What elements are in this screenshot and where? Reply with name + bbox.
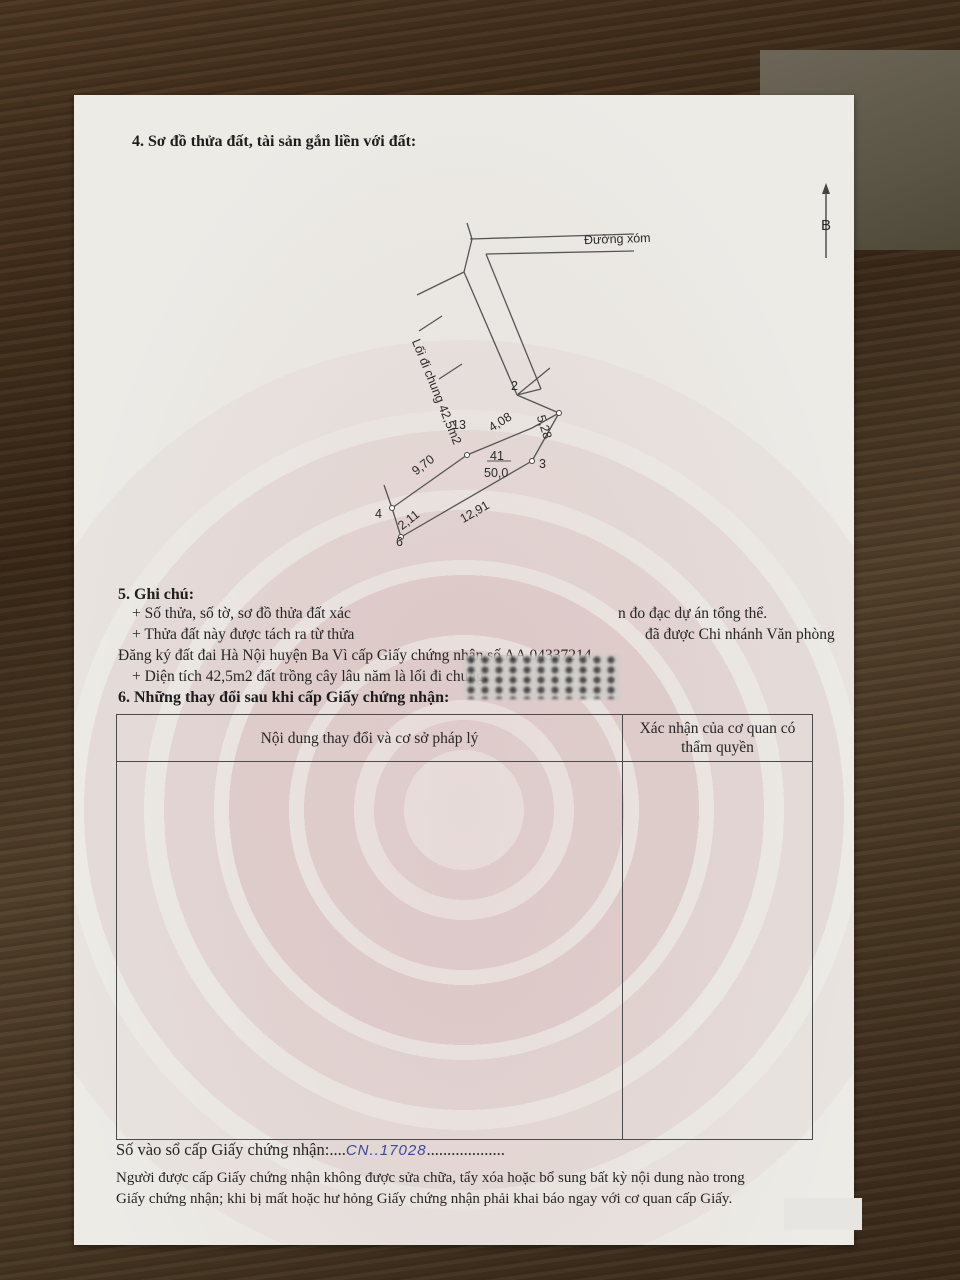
land-plot-diagram <box>74 95 854 575</box>
registry-dots: ................... <box>427 1140 505 1159</box>
content-cell <box>117 762 623 1140</box>
table-row <box>117 762 813 1140</box>
vertex-label-2: 2 <box>511 379 518 393</box>
parcel-number: 41 <box>490 449 504 463</box>
note-line-2a: + Thửa đất này được tách ra từ thửa <box>132 626 354 644</box>
section-5-title: 5. Ghi chú: <box>118 586 194 604</box>
certificate-page: 4. Sơ đồ thửa đất, tài sản gắn liền với … <box>74 95 854 1245</box>
vertex-label-4: 4 <box>375 507 382 521</box>
changes-table: Nội dung thay đổi và cơ sở pháp lý Xác n… <box>116 714 813 1140</box>
north-label: B <box>821 217 831 234</box>
road-label: Đường xóm <box>584 231 651 247</box>
vertex-label-13: 13 <box>452 418 466 432</box>
column-header-content: Nội dung thay đổi và cơ sở pháp lý <box>117 715 623 762</box>
note-line-4: + Diện tích 42,5m2 đất trồng cây lâu năm… <box>132 668 488 686</box>
vertex-label-6: 6 <box>396 535 403 549</box>
parcel-area: 50,0 <box>484 466 508 480</box>
confirmation-cell <box>623 762 813 1140</box>
note-line-1b: n đo đạc dự án tổng thể. <box>618 605 767 623</box>
footer-line-1: Người được cấp Giấy chứng nhận không đượ… <box>116 1170 745 1187</box>
note-line-1a: + Số thửa, số tờ, sơ đồ thửa đất xác <box>132 605 351 623</box>
section-6-title: 6. Những thay đổi sau khi cấp Giấy chứng… <box>118 689 449 707</box>
masked-corner <box>784 1198 862 1230</box>
registry-label: Số vào sổ cấp Giấy chứng nhận:.... <box>116 1140 346 1159</box>
registry-number: CN..17028 <box>346 1142 427 1159</box>
redacted-area <box>464 655 620 699</box>
column-header-confirmation: Xác nhận của cơ quan có thẩm quyền <box>623 715 813 762</box>
footer-line-2: Giấy chứng nhận; khi bị mất hoặc hư hỏng… <box>116 1191 732 1208</box>
vertex-label-3: 3 <box>539 457 546 471</box>
registry-line: Số vào sổ cấp Giấy chứng nhận:....CN..17… <box>116 1140 505 1160</box>
note-line-2b: đã được Chi nhánh Văn phòng <box>645 626 835 644</box>
